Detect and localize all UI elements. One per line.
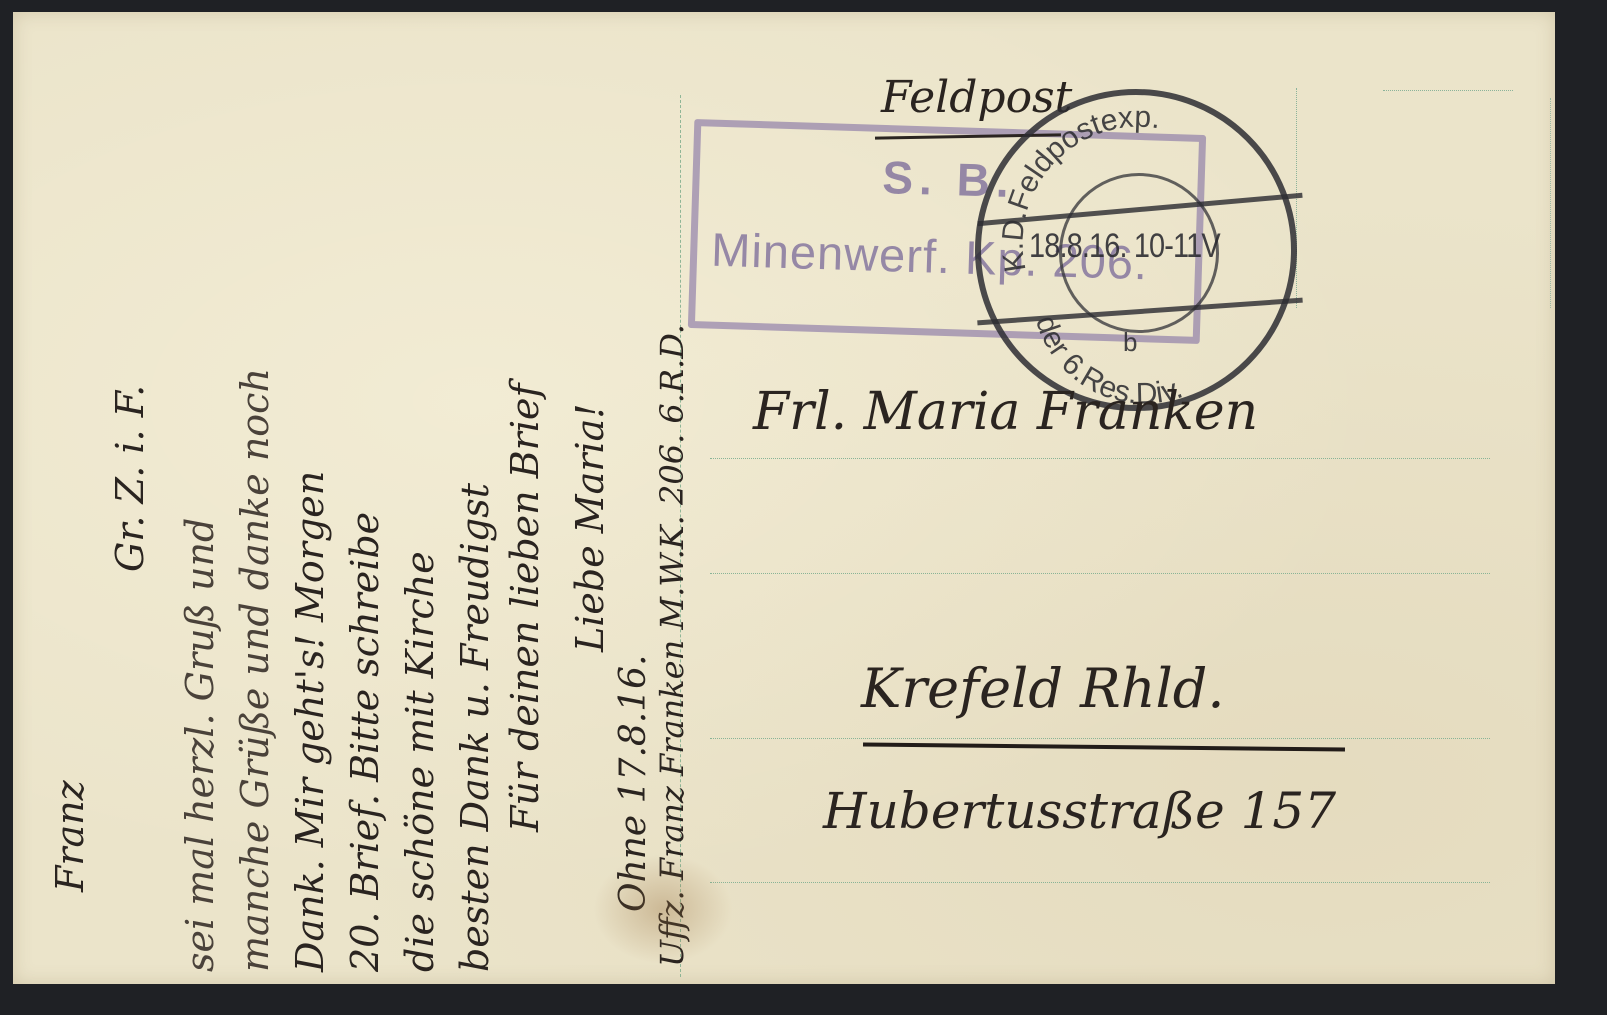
recipient-name: Frl. Maria Franken xyxy=(753,382,1258,442)
message-line-1: Für deinen lieben Brief xyxy=(503,383,547,832)
message-line-6: manche Grüße und danke noch xyxy=(233,368,277,972)
stamp-box-top-edge xyxy=(1383,90,1513,91)
message-line-7: sei mal herzl. Gruß und xyxy=(178,518,222,972)
postcard: S. B. Minenwerf. Kp. 206. Feldpost K.D.F… xyxy=(13,12,1555,984)
message-line-2: besten Dank u. Freudigst xyxy=(453,483,497,972)
address-line-3 xyxy=(710,738,1490,739)
postmark-date: 18.8.16. 10-11V xyxy=(1029,227,1220,266)
paper-stain xyxy=(593,854,733,964)
message-greeting: Liebe Maria! xyxy=(568,403,612,652)
stamp-box-right-edge xyxy=(1550,98,1551,308)
recipient-city-underline xyxy=(863,742,1345,751)
message-line-5: Dank. Mir geht's! Morgen xyxy=(288,471,332,972)
message-line-4: 20. Brief. Bitte schreibe xyxy=(343,512,387,972)
address-line-4 xyxy=(710,882,1490,883)
message-line-3: die schöne mit Kirche xyxy=(398,551,442,972)
recipient-city: Krefeld Rhld. xyxy=(861,657,1225,720)
address-line-1 xyxy=(710,458,1490,459)
recipient-street: Hubertusstraße 157 xyxy=(823,782,1336,840)
message-line-8: Gr. Z. i. F. xyxy=(108,385,152,572)
postmark-letter: b xyxy=(1123,327,1137,358)
message-signature: Franz xyxy=(48,780,92,892)
address-line-2 xyxy=(710,573,1490,574)
feldpost-postmark: K.D.Feldpostexp. der 6.Res.Div. 18.8.16.… xyxy=(975,89,1297,411)
